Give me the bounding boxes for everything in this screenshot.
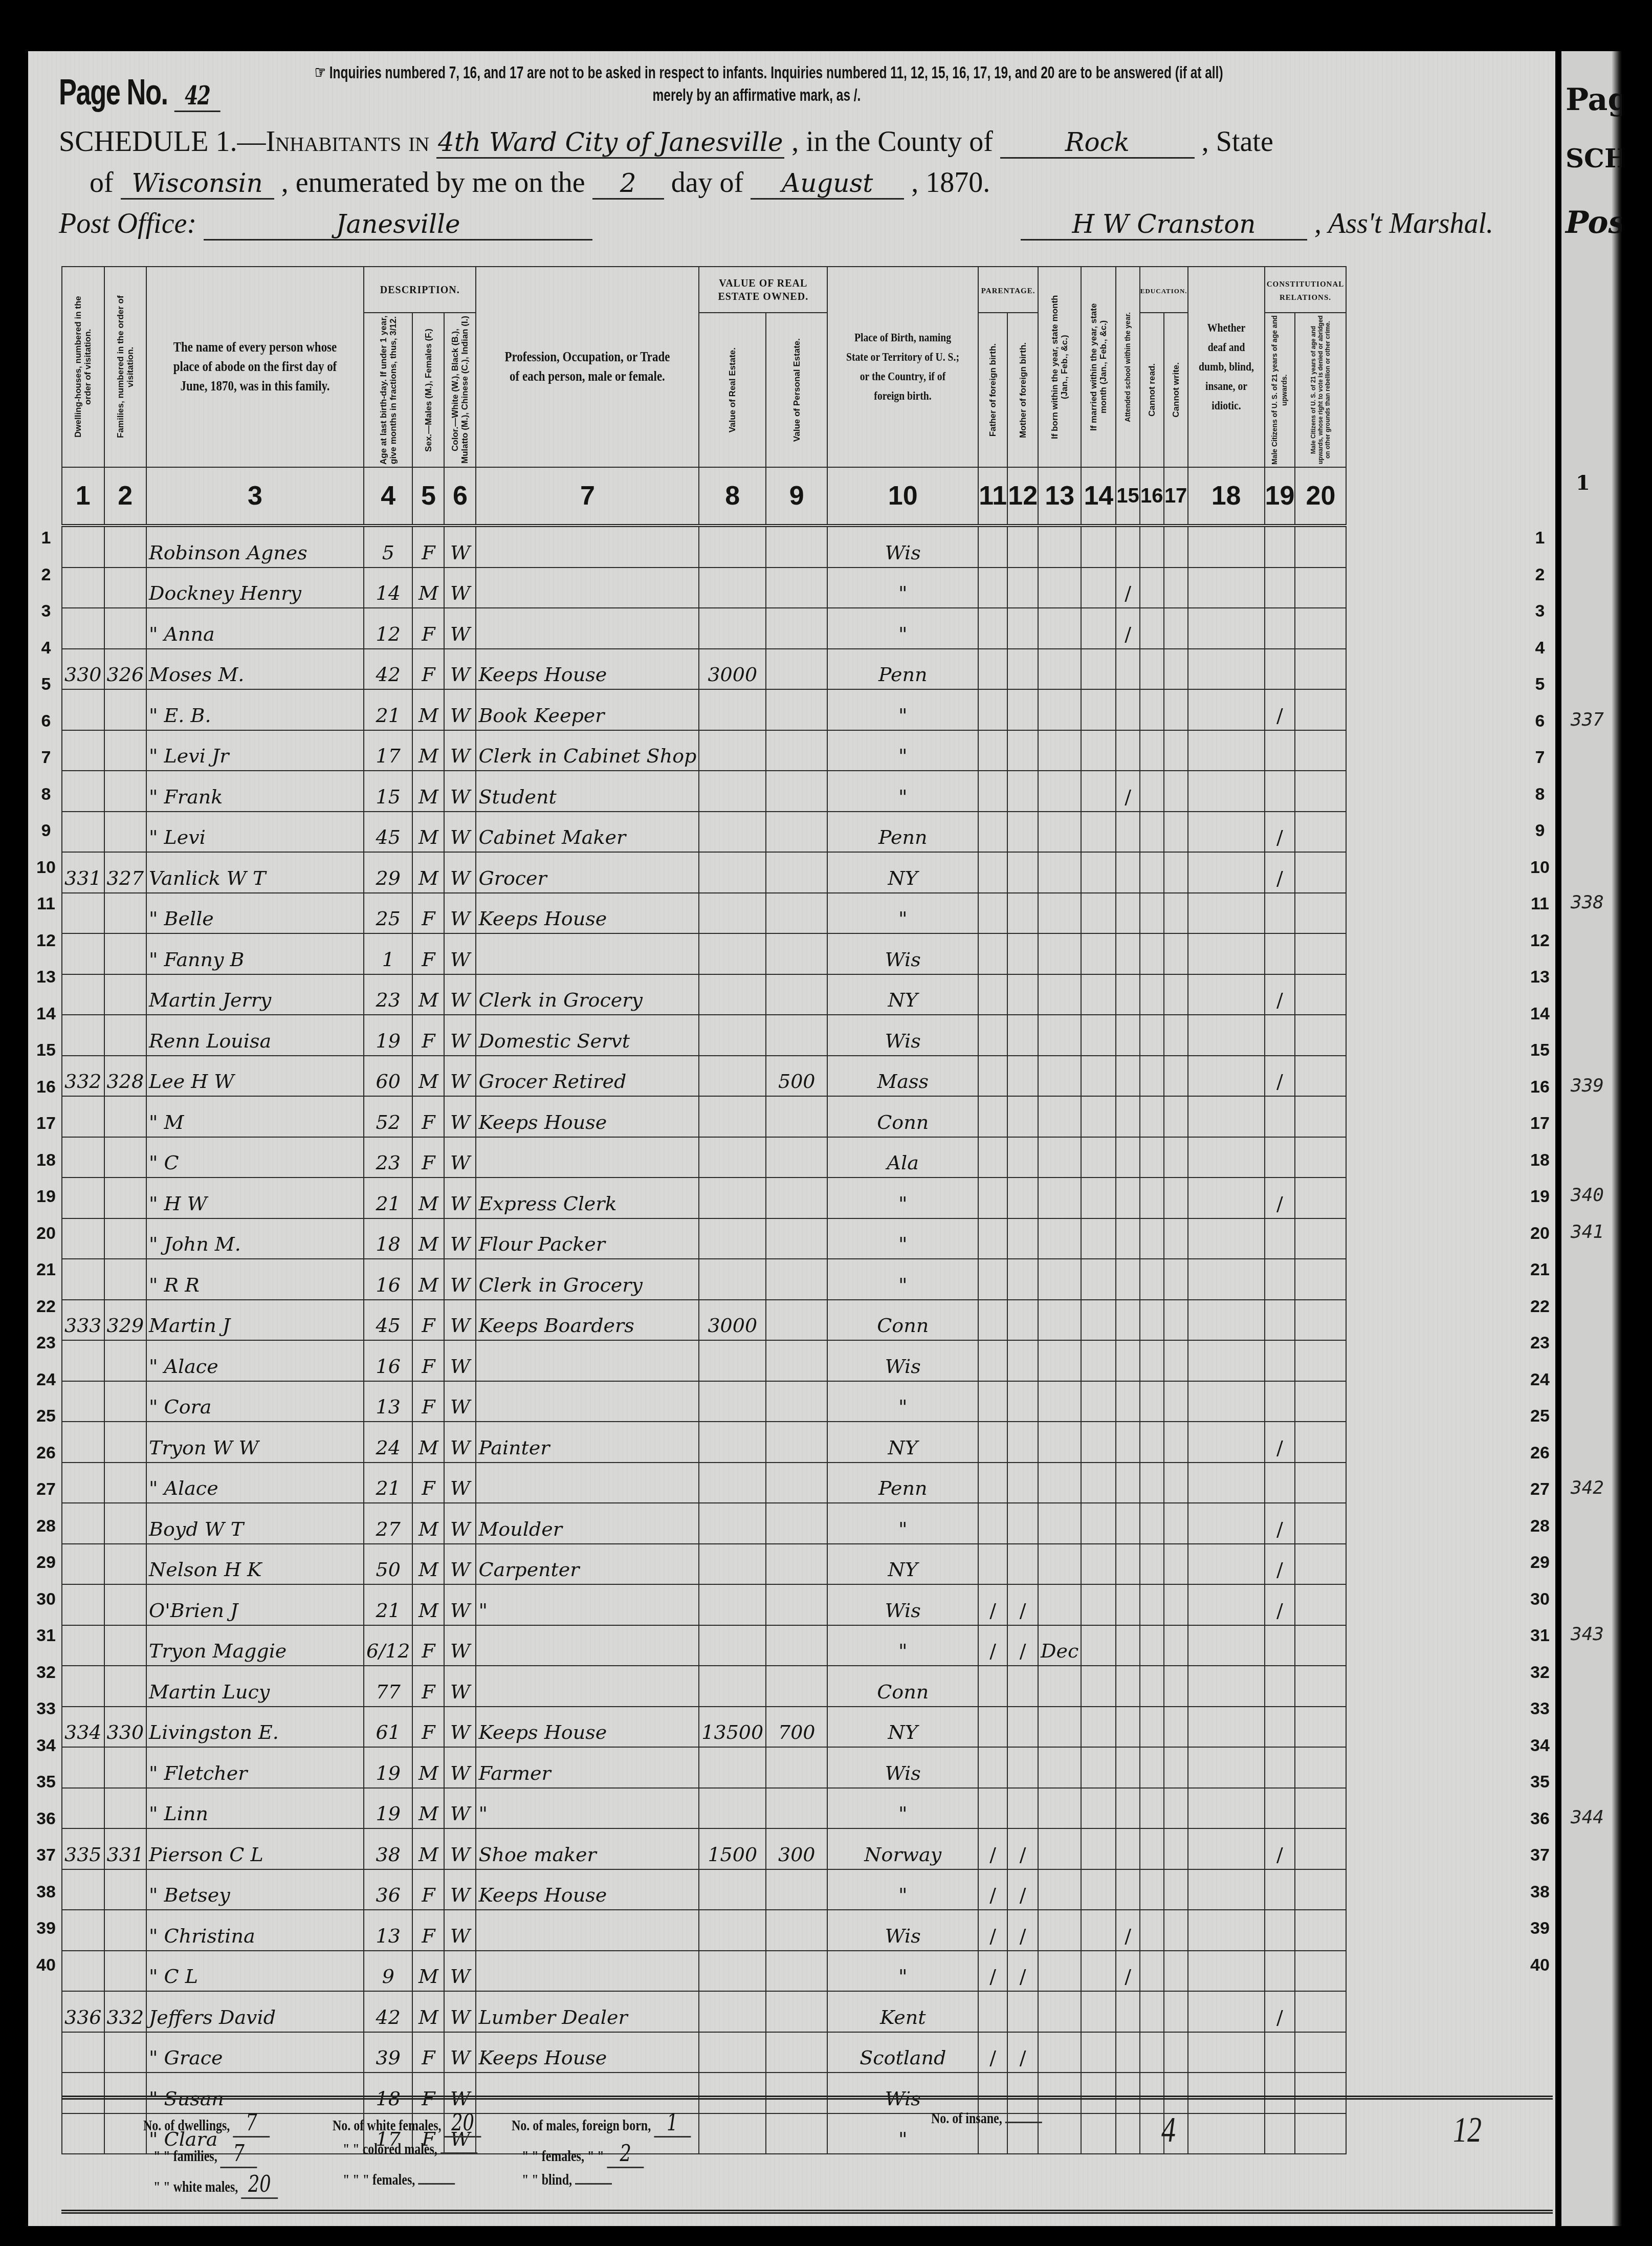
cell-infirmity <box>1188 974 1265 1015</box>
col-header-9: Value of Personal Estate. <box>766 313 827 467</box>
adjacent-dwelling-number: 341 <box>1571 1222 1604 1242</box>
line-number: 35 <box>1525 1772 1555 1792</box>
cell-born-month <box>1038 1747 1081 1788</box>
col-header-8: Value of Real Estate. <box>699 313 766 467</box>
cell-mother-foreign <box>1007 974 1038 1015</box>
cell-occupation <box>476 933 699 974</box>
cell-dwelling <box>62 1584 104 1625</box>
cell-cannot-write <box>1164 1544 1188 1585</box>
cell-name: Moses M. <box>146 649 364 690</box>
cell-denied <box>1295 1463 1346 1503</box>
cell-age: 15 <box>364 771 412 812</box>
line-number: 10 <box>1525 858 1555 878</box>
line-number: 27 <box>31 1479 61 1499</box>
cell-mother-foreign <box>1007 689 1038 730</box>
cell-school <box>1116 1869 1140 1910</box>
cell-denied <box>1295 1137 1346 1178</box>
cell-school <box>1116 812 1140 853</box>
cell-color: W <box>444 1340 476 1381</box>
cell-dwelling <box>62 1177 104 1218</box>
summary-insane: No. of insane, <box>931 2110 1042 2127</box>
cell-occupation <box>476 1463 699 1503</box>
month-field: August <box>751 168 904 200</box>
cell-father-foreign: / <box>978 1869 1007 1910</box>
cell-school: / <box>1116 1951 1140 1992</box>
cell-name: " John M. <box>146 1218 364 1259</box>
cell-occupation <box>476 608 699 649</box>
line-number: 15 <box>31 1040 61 1060</box>
cell-cannot-read <box>1140 1177 1164 1218</box>
cell-infirmity <box>1188 568 1265 608</box>
cell-married-month <box>1081 1177 1116 1218</box>
cell-personal-estate <box>766 771 827 812</box>
cell-infirmity <box>1188 1788 1265 1829</box>
cell-family: 327 <box>104 852 147 893</box>
cell-cannot-write <box>1164 1503 1188 1544</box>
cell-family <box>104 1625 147 1666</box>
cell-birthplace: Norway <box>827 1828 978 1869</box>
cell-occupation <box>476 526 699 568</box>
cell-married-month <box>1081 526 1116 568</box>
cell-name: Lee H W <box>146 1056 364 1097</box>
cell-occupation: Farmer <box>476 1747 699 1788</box>
line-number: 6 <box>1525 711 1555 731</box>
cell-school <box>1116 893 1140 934</box>
cell-infirmity <box>1188 771 1265 812</box>
cell-born-month <box>1038 933 1081 974</box>
cell-cannot-read <box>1140 689 1164 730</box>
cell-birthplace: NY <box>827 974 978 1015</box>
cell-family <box>104 1584 147 1625</box>
cell-personal-estate <box>766 1503 827 1544</box>
cell-cannot-write <box>1164 608 1188 649</box>
cell-dwelling <box>62 1910 104 1951</box>
summary-white-males: " " white males, 20 <box>153 2171 278 2199</box>
cell-married-month <box>1081 568 1116 608</box>
cell-family: 332 <box>104 1991 147 2032</box>
tally-col19: 12 <box>1453 2110 1482 2151</box>
cell-born-month <box>1038 1096 1081 1137</box>
cell-cannot-read <box>1140 1340 1164 1381</box>
cell-name: Robinson Agnes <box>146 526 364 568</box>
cell-age: 52 <box>364 1096 412 1137</box>
table-row: Renn Louisa19FWDomestic ServtWis <box>62 1015 1346 1056</box>
cell-dwelling <box>62 1951 104 1992</box>
cell-citizen <box>1265 1259 1295 1300</box>
table-row: " C23FWAla <box>62 1137 1346 1178</box>
cell-denied <box>1295 1259 1346 1300</box>
cell-sex: F <box>412 2032 444 2073</box>
cell-occupation <box>476 1137 699 1178</box>
cell-color: W <box>444 1218 476 1259</box>
cell-father-foreign <box>978 893 1007 934</box>
cell-real-estate <box>699 730 766 771</box>
cell-birthplace: " <box>827 1259 978 1300</box>
cell-father-foreign: / <box>978 1910 1007 1951</box>
col-header-10: Place of Birth, naming State or Territor… <box>827 267 978 467</box>
cell-sex: M <box>412 771 444 812</box>
cell-color: W <box>444 974 476 1015</box>
cell-cannot-write <box>1164 771 1188 812</box>
cell-real-estate <box>699 852 766 893</box>
cell-mother-foreign: / <box>1007 1625 1038 1666</box>
cell-born-month <box>1038 1666 1081 1707</box>
cell-married-month <box>1081 1381 1116 1422</box>
cell-mother-foreign <box>1007 1300 1038 1341</box>
cell-real-estate <box>699 526 766 568</box>
cell-school: / <box>1116 771 1140 812</box>
cell-name: " C L <box>146 1951 364 1992</box>
cell-sex: M <box>412 1584 444 1625</box>
line-number: 35 <box>31 1772 61 1792</box>
line-number: 24 <box>31 1370 61 1390</box>
schedule-line: SCHEDULE 1.—Inhabitants in 4th Ward City… <box>59 125 1273 159</box>
cell-dwelling <box>62 1137 104 1178</box>
cell-color: W <box>444 649 476 690</box>
cell-name: " Fanny B <box>146 933 364 974</box>
line-number: 21 <box>31 1260 61 1280</box>
cell-cannot-write <box>1164 1340 1188 1381</box>
table-row: " R R16MWClerk in Grocery" <box>62 1259 1346 1300</box>
cell-cannot-write <box>1164 893 1188 934</box>
cell-name: Jeffers David <box>146 1991 364 2032</box>
cell-father-foreign <box>978 1137 1007 1178</box>
cell-born-month <box>1038 1584 1081 1625</box>
cell-real-estate <box>699 1869 766 1910</box>
cell-school: / <box>1116 1910 1140 1951</box>
cell-mother-foreign: / <box>1007 2032 1038 2073</box>
cell-personal-estate <box>766 649 827 690</box>
cell-real-estate <box>699 1340 766 1381</box>
table-row: " M52FWKeeps HouseConn <box>62 1096 1346 1137</box>
instructions: ☞ Inquiries numbered 7, 16, and 17 are n… <box>315 61 1199 106</box>
cell-married-month <box>1081 1584 1116 1625</box>
line-number: 31 <box>1525 1626 1555 1646</box>
cell-married-month <box>1081 730 1116 771</box>
cell-birthplace: NY <box>827 1707 978 1748</box>
cell-father-foreign <box>978 568 1007 608</box>
cell-family <box>104 812 147 853</box>
cell-cannot-read <box>1140 1707 1164 1748</box>
cell-born-month <box>1038 526 1081 568</box>
cell-name: " Fletcher <box>146 1747 364 1788</box>
cell-sex: M <box>412 1828 444 1869</box>
state-field: Wisconsin <box>121 168 274 200</box>
line-number: 15 <box>1525 1040 1555 1060</box>
line-number: 21 <box>1525 1260 1555 1280</box>
cell-denied <box>1295 1910 1346 1951</box>
cell-occupation: " <box>476 1788 699 1829</box>
cell-occupation: Grocer Retired <box>476 1056 699 1097</box>
cell-family: 329 <box>104 1300 147 1341</box>
cell-school <box>1116 1137 1140 1178</box>
table-row: O'Brien J21MW"Wis/// <box>62 1584 1346 1625</box>
cell-cannot-read <box>1140 1096 1164 1137</box>
cell-real-estate <box>699 1991 766 2032</box>
cell-sex: M <box>412 812 444 853</box>
cell-citizen <box>1265 1096 1295 1137</box>
cell-birthplace: Wis <box>827 1584 978 1625</box>
table-row: " Belle25FWKeeps House" <box>62 893 1346 934</box>
cell-denied <box>1295 1707 1346 1748</box>
cell-name: Boyd W T <box>146 1503 364 1544</box>
table-row: Tryon W W24MWPainterNY/ <box>62 1422 1346 1463</box>
line-number: 3 <box>31 601 61 621</box>
cell-real-estate <box>699 1381 766 1422</box>
cell-real-estate <box>699 1056 766 1097</box>
cell-born-month <box>1038 1503 1081 1544</box>
line-number: 6 <box>31 711 61 731</box>
cell-birthplace: Wis <box>827 526 978 568</box>
cell-birthplace: Wis <box>827 1747 978 1788</box>
cell-family <box>104 1015 147 1056</box>
cell-married-month <box>1081 1340 1116 1381</box>
adjacent-col1-number: 1 <box>1576 471 1590 495</box>
cell-color: W <box>444 1951 476 1992</box>
cell-denied <box>1295 1666 1346 1707</box>
cell-citizen <box>1265 1951 1295 1992</box>
cell-infirmity <box>1188 893 1265 934</box>
cell-family <box>104 1177 147 1218</box>
cell-cannot-read <box>1140 1218 1164 1259</box>
cell-cannot-read <box>1140 1584 1164 1625</box>
cell-citizen <box>1265 649 1295 690</box>
table-row: " Grace39FWKeeps HouseScotland// <box>62 2032 1346 2073</box>
cell-born-month <box>1038 1340 1081 1381</box>
cell-school <box>1116 1096 1140 1137</box>
cell-family: 331 <box>104 1828 147 1869</box>
cell-personal-estate: 700 <box>766 1707 827 1748</box>
line-number: 7 <box>1525 748 1555 768</box>
cell-color: W <box>444 1625 476 1666</box>
cell-name: " Levi <box>146 812 364 853</box>
cell-mother-foreign <box>1007 526 1038 568</box>
cell-real-estate <box>699 1788 766 1829</box>
cell-cannot-read <box>1140 1747 1164 1788</box>
cell-age: 42 <box>364 1991 412 2032</box>
cell-father-foreign <box>978 1300 1007 1341</box>
cell-dwelling <box>62 933 104 974</box>
cell-cannot-read <box>1140 1991 1164 2032</box>
cell-father-foreign <box>978 771 1007 812</box>
cell-mother-foreign <box>1007 649 1038 690</box>
cell-cannot-read <box>1140 1544 1164 1585</box>
cell-dwelling: 333 <box>62 1300 104 1341</box>
cell-married-month <box>1081 1259 1116 1300</box>
cell-father-foreign <box>978 974 1007 1015</box>
table-row: Robinson Agnes5FWWis <box>62 526 1346 568</box>
cell-occupation: Book Keeper <box>476 689 699 730</box>
cell-denied <box>1295 1625 1346 1666</box>
cell-married-month <box>1081 1747 1116 1788</box>
cell-color: W <box>444 812 476 853</box>
cell-cannot-write <box>1164 812 1188 853</box>
cell-infirmity <box>1188 1544 1265 1585</box>
cell-infirmity <box>1188 1218 1265 1259</box>
cell-citizen <box>1265 1747 1295 1788</box>
cell-father-foreign: / <box>978 1828 1007 1869</box>
cell-family <box>104 933 147 974</box>
cell-personal-estate <box>766 1788 827 1829</box>
adjacent-dwelling-number: 340 <box>1571 1185 1604 1206</box>
cell-sex: F <box>412 1625 444 1666</box>
cell-school <box>1116 1828 1140 1869</box>
cell-birthplace: Wis <box>827 1015 978 1056</box>
cell-infirmity <box>1188 1096 1265 1137</box>
cell-father-foreign <box>978 1788 1007 1829</box>
line-number: 8 <box>31 784 61 804</box>
cell-born-month <box>1038 1707 1081 1748</box>
cell-denied <box>1295 2032 1346 2073</box>
cell-cannot-read <box>1140 1137 1164 1178</box>
cell-married-month <box>1081 1218 1116 1259</box>
table-row: 335331Pierson C L38MWShoe maker1500300No… <box>62 1828 1346 1869</box>
cell-sex: M <box>412 568 444 608</box>
cell-born-month <box>1038 730 1081 771</box>
col-header-2: Families, numbered in the order of visit… <box>104 267 147 467</box>
cell-sex: F <box>412 1463 444 1503</box>
cell-born-month <box>1038 812 1081 853</box>
line-number: 36 <box>31 1809 61 1829</box>
cell-sex: F <box>412 1666 444 1707</box>
cell-name: " Anna <box>146 608 364 649</box>
line-number: 38 <box>1525 1882 1555 1902</box>
cell-family <box>104 1503 147 1544</box>
cell-father-foreign <box>978 526 1007 568</box>
adjacent-dwelling-number: 337 <box>1571 709 1604 730</box>
cell-sex: M <box>412 1259 444 1300</box>
cell-cannot-read <box>1140 1015 1164 1056</box>
cell-age: 60 <box>364 1056 412 1097</box>
cell-family: 330 <box>104 1707 147 1748</box>
cell-occupation: Keeps House <box>476 1869 699 1910</box>
tally-col12: 4 <box>1161 2110 1176 2151</box>
cell-color: W <box>444 568 476 608</box>
cell-born-month: Dec <box>1038 1625 1081 1666</box>
cell-denied <box>1295 1544 1346 1585</box>
cell-school <box>1116 1056 1140 1097</box>
cell-birthplace: " <box>827 568 978 608</box>
cell-cannot-write <box>1164 1422 1188 1463</box>
cell-family: 328 <box>104 1056 147 1097</box>
cell-cannot-read <box>1140 974 1164 1015</box>
cell-cannot-write <box>1164 1463 1188 1503</box>
cell-family <box>104 893 147 934</box>
cell-occupation: Domestic Servt <box>476 1015 699 1056</box>
cell-cannot-read <box>1140 526 1164 568</box>
cell-family <box>104 1218 147 1259</box>
census-rows: Robinson Agnes5FWWisDockney Henry14MW"/"… <box>62 526 1346 2154</box>
line-number: 20 <box>1525 1224 1555 1244</box>
cell-cannot-write <box>1164 1991 1188 2032</box>
cell-infirmity <box>1188 1259 1265 1300</box>
cell-dwelling: 330 <box>62 649 104 690</box>
county-field: Rock <box>1000 127 1195 159</box>
table-row: " Fanny B1FWWis <box>62 933 1346 974</box>
cell-cannot-write <box>1164 933 1188 974</box>
cell-name: " Grace <box>146 2032 364 2073</box>
table-row: " Levi45MWCabinet MakerPenn/ <box>62 812 1346 853</box>
cell-age: 42 <box>364 649 412 690</box>
cell-personal-estate <box>766 1015 827 1056</box>
cell-father-foreign <box>978 1422 1007 1463</box>
cell-real-estate <box>699 1910 766 1951</box>
adjacent-dwelling-number: 339 <box>1571 1075 1604 1096</box>
cell-birthplace: " <box>827 1177 978 1218</box>
cell-school <box>1116 1788 1140 1829</box>
cell-cannot-write <box>1164 730 1188 771</box>
cell-dwelling: 332 <box>62 1056 104 1097</box>
cell-denied <box>1295 974 1346 1015</box>
cell-born-month <box>1038 1177 1081 1218</box>
cell-occupation: Flour Packer <box>476 1218 699 1259</box>
cell-family <box>104 526 147 568</box>
cell-infirmity <box>1188 1625 1265 1666</box>
cell-cannot-write <box>1164 1015 1188 1056</box>
cell-denied <box>1295 1747 1346 1788</box>
cell-color: W <box>444 1544 476 1585</box>
cell-married-month <box>1081 1463 1116 1503</box>
cell-infirmity <box>1188 1666 1265 1707</box>
cell-personal-estate <box>766 893 827 934</box>
cell-cannot-read <box>1140 1381 1164 1422</box>
line-number: 19 <box>31 1187 61 1207</box>
marshal-line: H W Cranston , Ass't Marshal. <box>1021 207 1493 241</box>
cell-birthplace: " <box>827 771 978 812</box>
cell-real-estate <box>699 689 766 730</box>
line-number: 20 <box>31 1224 61 1244</box>
cell-infirmity <box>1188 1422 1265 1463</box>
group-description: DESCRIPTION. <box>364 267 476 313</box>
cell-cannot-write <box>1164 568 1188 608</box>
line-number: 16 <box>1525 1077 1555 1097</box>
cell-father-foreign <box>978 1259 1007 1300</box>
cell-mother-foreign <box>1007 1666 1038 1707</box>
cell-sex: F <box>412 526 444 568</box>
cell-mother-foreign: / <box>1007 1951 1038 1992</box>
cell-denied <box>1295 1503 1346 1544</box>
cell-age: 17 <box>364 730 412 771</box>
table-row: " Levi Jr17MWClerk in Cabinet Shop" <box>62 730 1346 771</box>
cell-married-month <box>1081 1910 1116 1951</box>
cell-cannot-read <box>1140 1056 1164 1097</box>
cell-school <box>1116 1381 1140 1422</box>
cell-birthplace: NY <box>827 852 978 893</box>
cell-born-month <box>1038 1910 1081 1951</box>
cell-color: W <box>444 1177 476 1218</box>
cell-birthplace: " <box>827 689 978 730</box>
line-number: 2 <box>31 565 61 585</box>
cell-family <box>104 1747 147 1788</box>
cell-citizen <box>1265 1381 1295 1422</box>
line-number: 17 <box>1525 1114 1555 1133</box>
table-row: " Fletcher19MWFarmerWis <box>62 1747 1346 1788</box>
cell-citizen: / <box>1265 974 1295 1015</box>
table-row: " C L9MW"/// <box>62 1951 1346 1992</box>
cell-cannot-write <box>1164 1218 1188 1259</box>
cell-infirmity <box>1188 1584 1265 1625</box>
cell-sex: F <box>412 1340 444 1381</box>
cell-denied <box>1295 1096 1346 1137</box>
cell-sex: F <box>412 1096 444 1137</box>
cell-personal-estate: 300 <box>766 1828 827 1869</box>
cell-name: " Belle <box>146 893 364 934</box>
cell-personal-estate <box>766 1747 827 1788</box>
table-row: " Linn19MW"" <box>62 1788 1346 1829</box>
cell-mother-foreign <box>1007 1747 1038 1788</box>
cell-father-foreign <box>978 1218 1007 1259</box>
cell-denied <box>1295 1788 1346 1829</box>
